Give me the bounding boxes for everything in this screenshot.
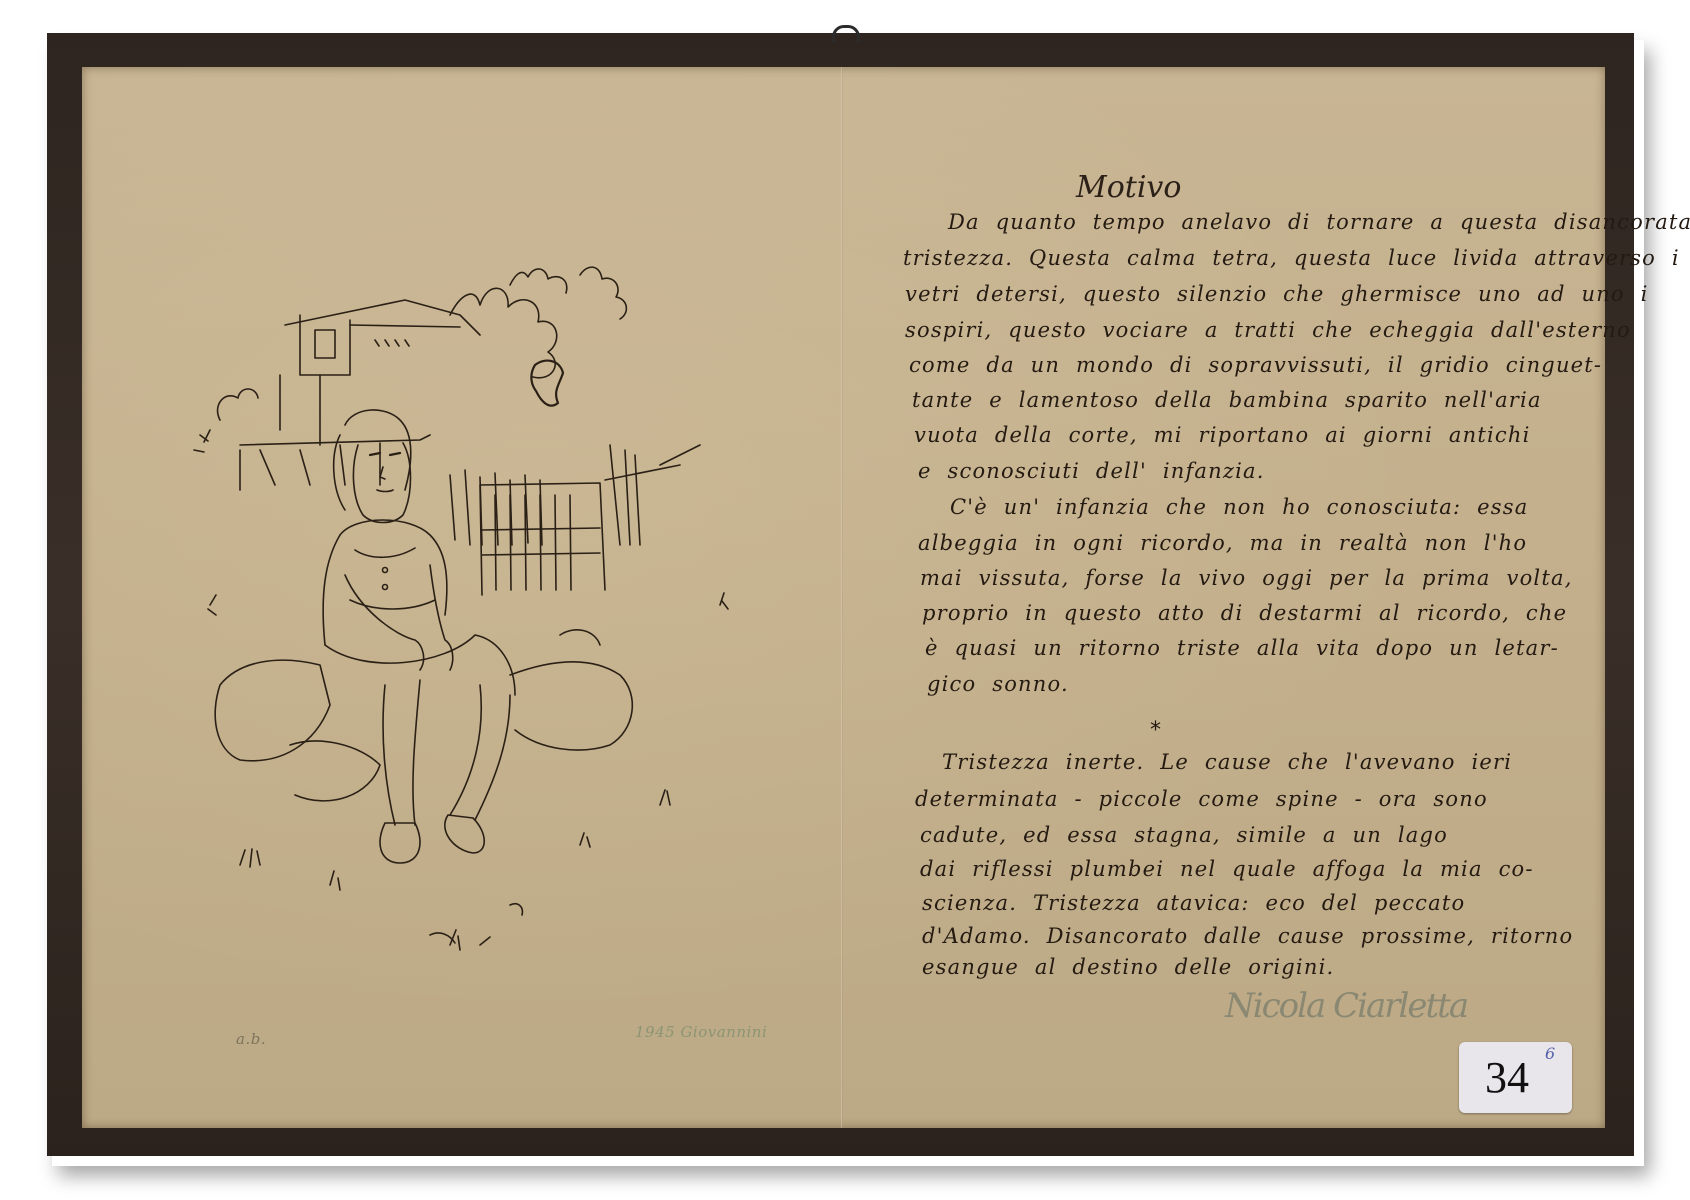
text-line: come da un mondo di sopravvissuti, il gr… bbox=[909, 353, 1602, 377]
text-line: tristezza. Questa calma tetra, questa lu… bbox=[903, 246, 1680, 270]
poem-title: Motivo bbox=[1076, 170, 1181, 205]
text-line: Tristezza inerte. Le cause che l'avevano… bbox=[942, 750, 1512, 774]
text-line: dai riflessi plumbei nel quale affoga la… bbox=[920, 857, 1534, 881]
girl-in-garden-drawing bbox=[180, 245, 780, 1005]
lot-subnumber: 6 bbox=[1545, 1044, 1555, 1063]
text-line: albeggia in ogni ricordo, ma in realtà n… bbox=[918, 531, 1527, 555]
text-line: scienza. Tristezza atavica: eco del pecc… bbox=[922, 891, 1465, 915]
text-line: sospiri, questo vociare a tratti che ech… bbox=[905, 318, 1631, 342]
text-line: cadute, ed essa stagna, simile a un lago bbox=[920, 823, 1448, 847]
text-line: tante e lamentoso della bambina sparito … bbox=[912, 388, 1542, 412]
edition-annotation: a.b. bbox=[236, 1030, 266, 1048]
text-line: gico sonno. bbox=[927, 672, 1069, 696]
text-line: esangue al destino delle origini. bbox=[922, 955, 1334, 979]
text-line: vuota della corte, mi riportano ai giorn… bbox=[914, 423, 1530, 447]
text-line: proprio in questo atto di destarmi al ri… bbox=[922, 601, 1567, 625]
lot-number: 34 bbox=[1485, 1052, 1529, 1103]
artist-date-annotation: 1945 Giovannini bbox=[635, 1023, 767, 1041]
text-line: mai vissuta, forse la vivo oggi per la p… bbox=[920, 566, 1573, 590]
author-signature: Nicola Ciarletta bbox=[1225, 986, 1467, 1026]
text-line: determinata - piccole come spine - ora s… bbox=[915, 787, 1488, 811]
hanging-hook bbox=[832, 25, 860, 42]
text-line: vetri detersi, questo silenzio che gherm… bbox=[905, 282, 1649, 306]
lot-number-label: 34 6 bbox=[1459, 1042, 1572, 1113]
text-line: d'Adamo. Disancorato dalle cause prossim… bbox=[922, 924, 1573, 948]
text-line: C'è un' infanzia che non ho conosciuta: … bbox=[950, 495, 1528, 519]
center-fold bbox=[841, 67, 843, 1128]
text-line: è quasi un ritorno triste alla vita dopo… bbox=[925, 636, 1559, 660]
text-line: Da quanto tempo anelavo di tornare a que… bbox=[948, 210, 1690, 234]
section-separator: * bbox=[1150, 718, 1161, 743]
text-line: e sconosciuti dell' infanzia. bbox=[918, 459, 1265, 483]
